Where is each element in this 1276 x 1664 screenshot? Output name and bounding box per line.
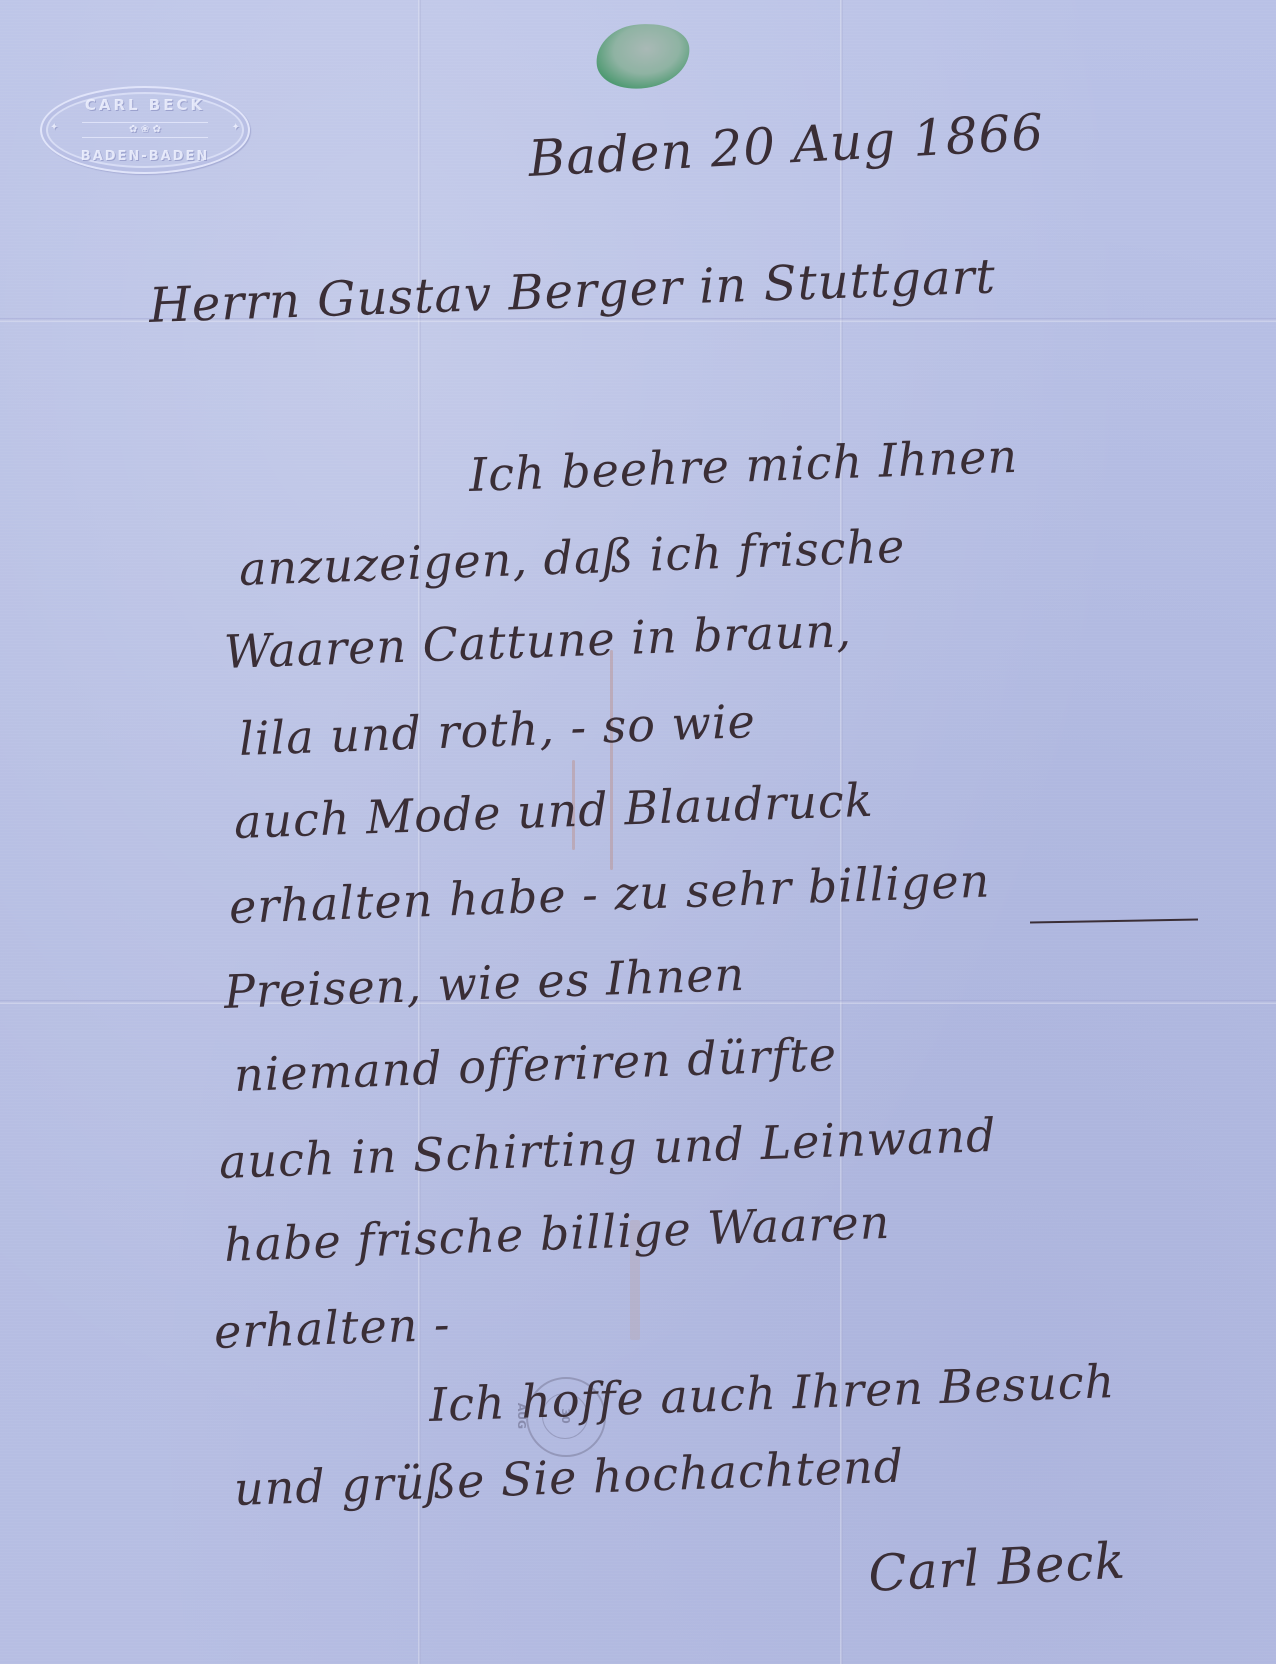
body-line: niemand offeriren dürfte [233, 1027, 838, 1102]
body-line: Waaren Cattune in braun, [223, 603, 852, 679]
star-icon: ✦ [232, 122, 240, 133]
body-line: Ich hoffe auch Ihren Besuch [428, 1354, 1116, 1432]
body-line: erhalten - [213, 1297, 451, 1359]
rust-stain [610, 650, 613, 870]
body-line: lila und roth, - so wie [238, 694, 757, 766]
embossed-letterhead-stamp: CARL BECK ✿ ❀ ✿ ✦ ✦ BADEN-BADEN [40, 86, 250, 174]
body-line: anzuzeigen, daß ich frische [238, 519, 906, 596]
signature: Carl Beck [867, 1532, 1127, 1603]
star-icon: ✦ [50, 122, 58, 133]
embossed-city: BADEN-BADEN [42, 149, 248, 164]
floral-ornament-icon: ✿ ❀ ✿ [82, 122, 208, 138]
body-line: Ich beehre mich Ihnen [468, 429, 1019, 502]
body-line: auch in Schirting und Leinwand [218, 1108, 997, 1189]
letter-page: CARL BECK ✿ ❀ ✿ ✦ ✦ BADEN-BADEN 30 AUG B… [0, 0, 1276, 1664]
body-line: auch Mode und Blaudruck [233, 773, 874, 849]
wax-seal-icon [592, 18, 694, 94]
closing-line: und grüße Sie hochachtend [233, 1439, 905, 1516]
body-line: Preisen, wie es Ihnen [223, 947, 746, 1019]
body-line: habe frische billige Waaren [223, 1195, 891, 1272]
dateline: Baden 20 Aug 1866 [527, 103, 1046, 188]
embossed-name: CARL BECK [42, 96, 248, 114]
emphasis-underline [1030, 919, 1198, 924]
